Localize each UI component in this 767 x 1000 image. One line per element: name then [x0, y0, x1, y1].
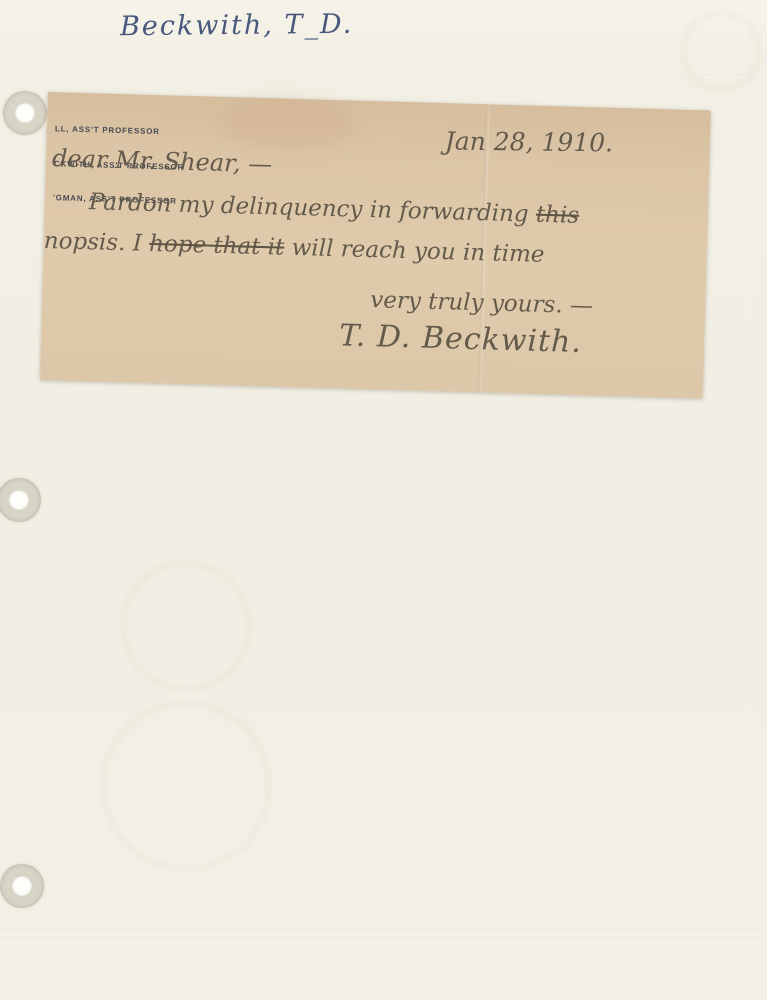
letter-body-line-2: nopsis. I hope that it will reach you in… — [43, 228, 544, 268]
letter-date: Jan 28, 1910. — [445, 127, 614, 158]
page-crease — [747, 0, 750, 1000]
letter-signature: T. D. Beckwith. — [339, 318, 583, 360]
body-line1-struck-word: this — [536, 202, 580, 229]
punch-hole-top — [3, 91, 47, 135]
letterhead-line-1: LL, ASS'T PROFESSOR — [55, 123, 186, 138]
page-crease — [0, 72, 767, 75]
punch-hole-middle — [0, 478, 41, 522]
filing-annotation: Beckwith, T_D. — [120, 9, 354, 42]
embossed-pattern — [120, 560, 252, 692]
scanned-album-page: Beckwith, T_D. LL, ASS'T PROFESSOR CKWIT… — [0, 0, 767, 1000]
embossed-pattern — [100, 700, 272, 872]
pasted-letter: LL, ASS'T PROFESSOR CKWITH, ASS'T PROFES… — [40, 92, 711, 398]
body-line2-struck-words: hope that it — [149, 231, 285, 261]
body-line2-pre: nopsis. I — [43, 228, 149, 257]
page-crease — [0, 935, 767, 938]
embossed-pattern — [680, 10, 762, 92]
paper-stain — [216, 97, 357, 153]
body-line2-post: will reach you in time — [284, 235, 545, 268]
punch-hole-bottom — [0, 864, 44, 908]
letter-closing: very truly yours. — — [370, 287, 593, 319]
